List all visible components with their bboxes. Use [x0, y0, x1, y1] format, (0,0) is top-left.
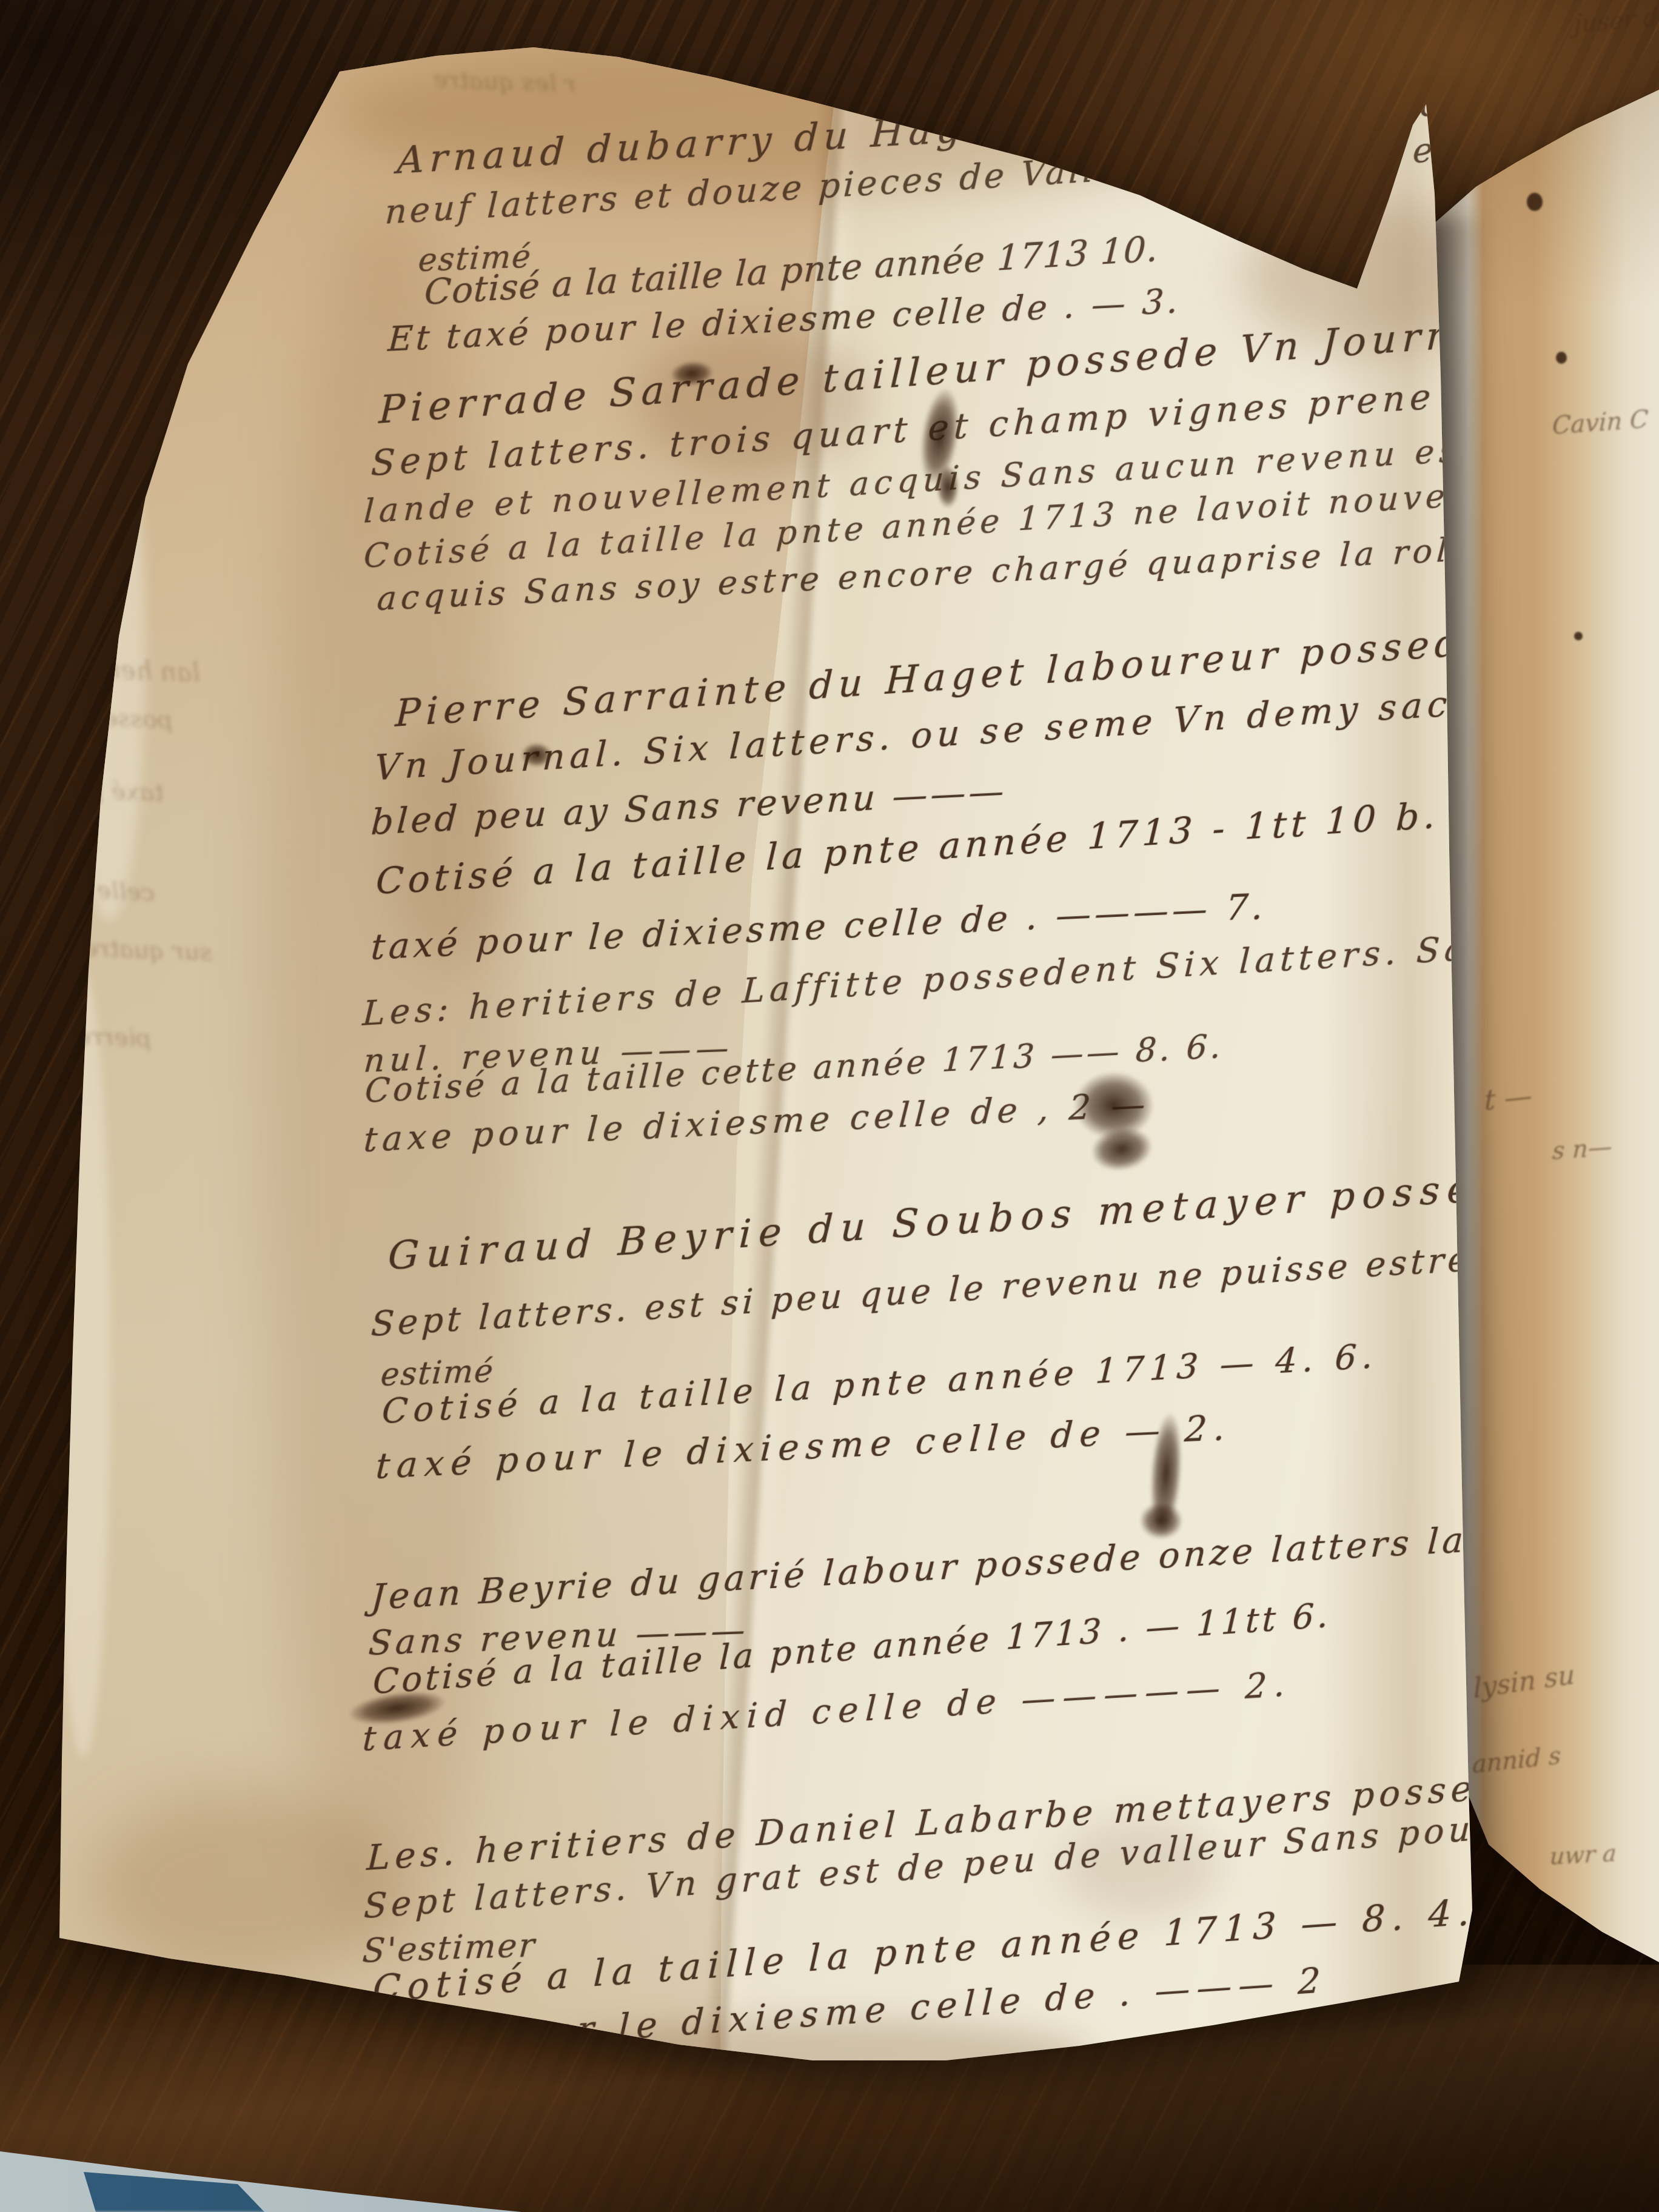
bleedthrough-text: cotisé la taille celle	[0, 116, 219, 152]
bleedthrough-text: un latters et douze pieces	[0, 67, 183, 116]
ink-smudge	[90, 303, 147, 326]
bleedthrough-text: r les quatre	[433, 65, 577, 98]
main-page: un latters et douze piecescotisé la tail…	[0, 0, 1659, 2212]
bleedthrough-text: sur quatre louis	[18, 932, 213, 967]
ink-smudge	[1140, 1503, 1182, 1539]
paper-stain	[73, 376, 146, 922]
bleedthrough-text: celle de —	[27, 873, 155, 907]
main-page-shadow-wrap: un latters et douze piecescotisé la tail…	[0, 0, 1659, 2212]
ink-dot	[1556, 352, 1567, 364]
ink-smudge	[101, 252, 194, 288]
bleedthrough-text: vint pour p	[142, 2067, 292, 2103]
ink-dot	[1574, 632, 1583, 640]
photo-of-manuscript: un latters et douze piecescotisé la tail…	[0, 0, 1659, 2212]
bleedthrough-text: lan heritiers de	[2, 651, 201, 688]
second-page-text-fragment: t —	[1484, 1079, 1532, 1118]
bleedthrough-text: pierre du	[37, 1021, 152, 1053]
ink-smudge	[521, 743, 552, 767]
paper-stain	[91, 1789, 394, 1983]
ink-dot	[1527, 193, 1543, 211]
second-page-text-fragment: s n—	[1552, 1133, 1612, 1165]
paper-stain	[56, 970, 110, 1758]
ink-smudge	[937, 466, 959, 508]
right-edge-shading	[1322, 79, 1480, 2007]
second-page-text-fragment: uwr a	[1549, 1840, 1617, 1870]
